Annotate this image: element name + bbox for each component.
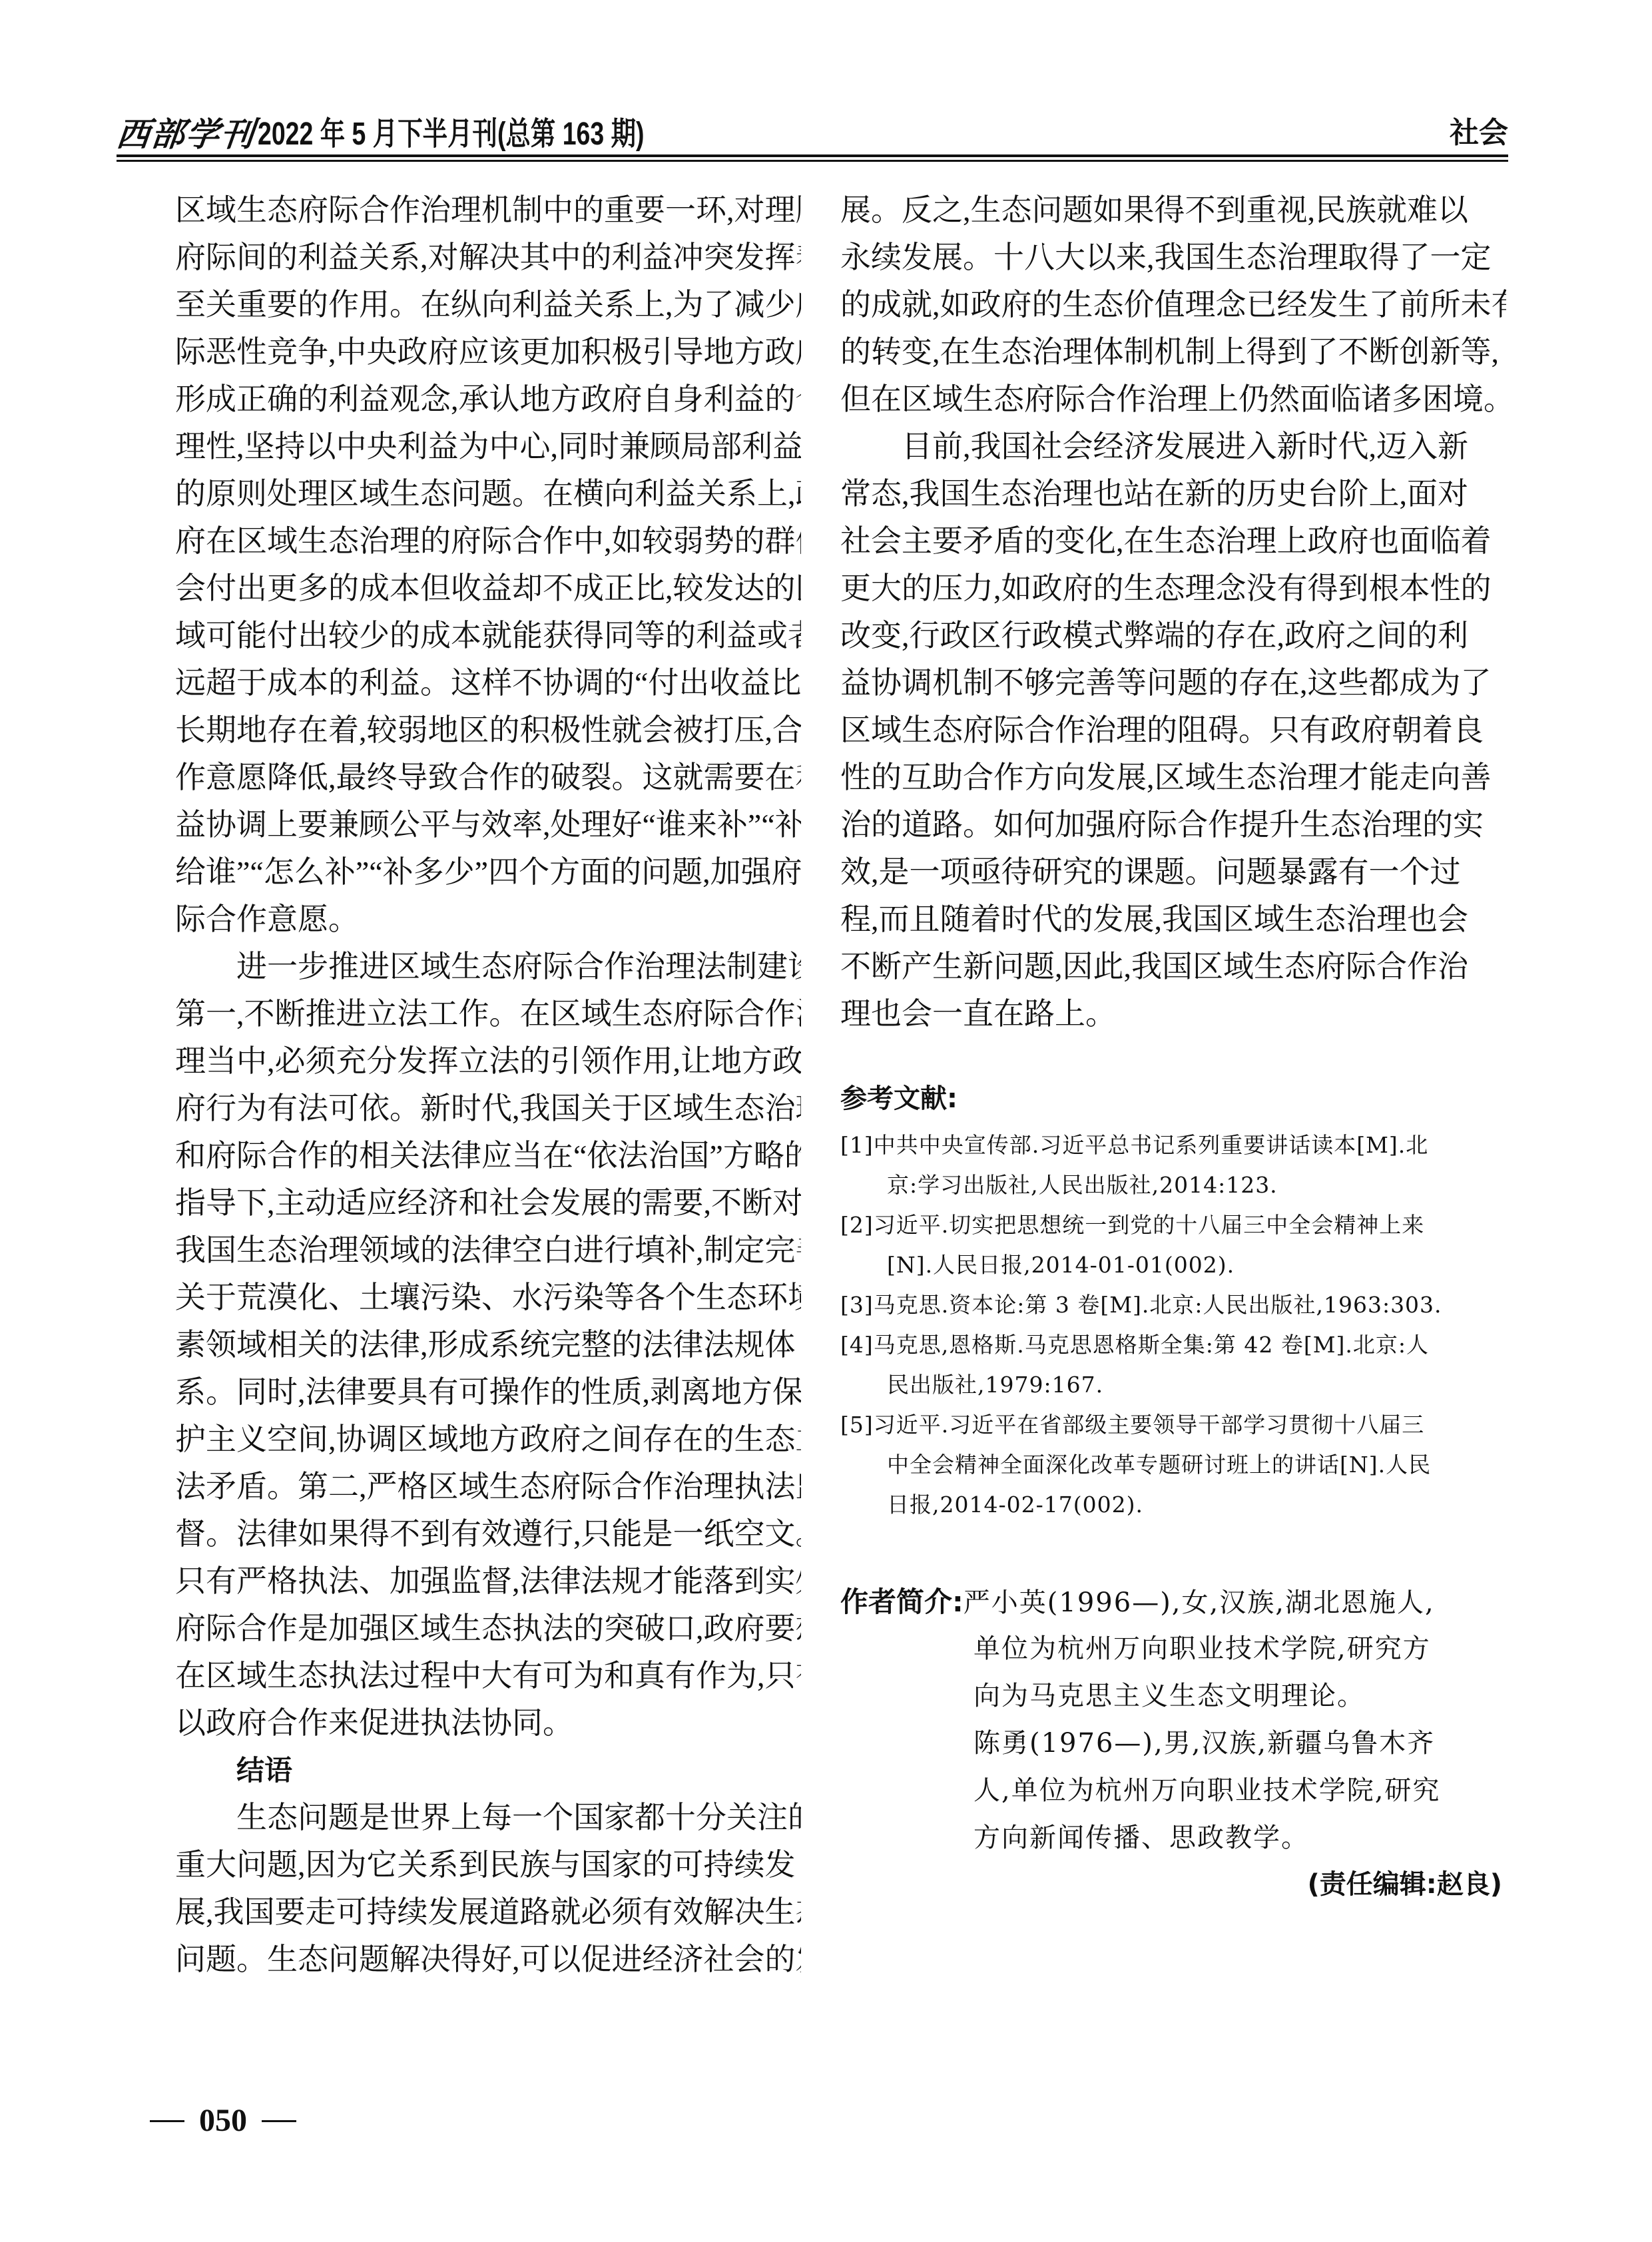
text-line: 的成就,如政府的生态价值理念已经发生了前所未有 <box>840 281 1506 328</box>
bio-line: 陈勇(1976—),男,汉族,新疆乌鲁木齐 <box>840 1720 1506 1767</box>
reference-item: [3]马克思.资本论:第 3 卷[M].北京:人民出版社,1963:303. <box>840 1285 1506 1325</box>
text-line: 远超于成本的利益。这样不协调的“付出收益比” <box>175 659 801 706</box>
text-line: 会付出更多的成本但收益却不成正比,较发达的区 <box>175 565 801 612</box>
text-line: 至关重要的作用。在纵向利益关系上,为了减少府 <box>175 281 801 328</box>
text-line: 改变,行政区行政模式弊端的存在,政府之间的利 <box>840 612 1506 659</box>
text-line: 府际合作是加强区域生态执法的突破口,政府要想 <box>175 1605 801 1652</box>
bio-line: 方向新闻传播、思政教学。 <box>840 1815 1506 1862</box>
text-line: 法矛盾。第二,严格区域生态府际合作治理执法监 <box>175 1463 801 1510</box>
references-title: 参考文献: <box>840 1079 958 1119</box>
text-line: 但在区域生态府际合作治理上仍然面临诸多困境。 <box>840 376 1506 423</box>
section-label: 社会 <box>1450 115 1508 152</box>
bio-line: 作者简介:严小英(1996—),女,汉族,湖北恩施人, <box>840 1578 1506 1625</box>
paragraph-start: 生态问题是世界上每一个国家都十分关注的 <box>175 1794 801 1841</box>
text-line: 督。法律如果得不到有效遵行,只能是一纸空文。 <box>175 1510 801 1557</box>
text-line: 的转变,在生态治理体制机制上得到了不断创新等, <box>840 328 1506 376</box>
text-line: 永续发展。十八大以来,我国生态治理取得了一定 <box>840 234 1506 281</box>
text-line: 社会主要矛盾的变化,在生态治理上政府也面临着 <box>840 517 1506 565</box>
text-line: 展,我国要走可持续发展道路就必须有效解决生态 <box>175 1888 801 1936</box>
text-line: 益协调机制不够完善等问题的存在,这些都成为了 <box>840 659 1506 706</box>
text-line: 更大的压力,如政府的生态理念没有得到根本性的 <box>840 565 1506 612</box>
text-line: 益协调上要兼顾公平与效率,处理好“谁来补”“补 <box>175 801 801 848</box>
text-line: 长期地存在着,较弱地区的积极性就会被打压,合 <box>175 706 801 754</box>
text-line: 在区域生态执法过程中大有可为和真有作为,只有 <box>175 1652 801 1699</box>
header-rule-thin <box>117 160 1508 162</box>
references-list: [1]中共中央宣传部.习近平总书记系列重要讲话读本[M].北 京:学习出版社,人… <box>840 1125 1506 1525</box>
reference-continuation: [N].人民日报,2014-01-01(002). <box>840 1245 1506 1285</box>
text-line: 作意愿降低,最终导致合作的破裂。这就需要在利 <box>175 754 801 801</box>
reference-continuation: 中全会精神全面深化改革专题研讨班上的讲话[N].人民 <box>840 1445 1506 1485</box>
paragraph-start: 目前,我国社会经济发展进入新时代,迈入新 <box>840 423 1506 470</box>
text-line: 治的道路。如何加强府际合作提升生态治理的实 <box>840 801 1506 848</box>
reference-continuation: 京:学习出版社,人民出版社,2014:123. <box>840 1165 1506 1205</box>
dash-left <box>150 2120 184 2122</box>
text-line: 府行为有法可依。新时代,我国关于区域生态治理 <box>175 1085 801 1132</box>
author-bio: 作者简介:严小英(1996—),女,汉族,湖北恩施人, 单位为杭州万向职业技术学… <box>840 1578 1506 1862</box>
header-rule-thick <box>117 154 1508 157</box>
text-line: 展。反之,生态问题如果得不到重视,民族就难以 <box>840 186 1506 234</box>
text-line: 问题。生态问题解决得好,可以促进经济社会的发 <box>175 1936 801 1983</box>
reference-item: [4]马克思,恩格斯.马克思恩格斯全集:第 42 卷[M].北京:人 <box>840 1325 1506 1365</box>
text-line: 理也会一直在路上。 <box>840 990 1506 1037</box>
bio-line: 单位为杭州万向职业技术学院,研究方 <box>840 1625 1506 1673</box>
text-line: 府在区域生态治理的府际合作中,如较弱势的群体 <box>175 517 801 565</box>
left-column: 区域生态府际合作治理机制中的重要一环,对理顺 府际间的利益关系,对解决其中的利益… <box>175 186 801 1983</box>
text-line: 指导下,主动适应经济和社会发展的需要,不断对 <box>175 1179 801 1227</box>
page-number-value: 050 <box>199 2101 247 2141</box>
text-line: 际恶性竞争,中央政府应该更加积极引导地方政府 <box>175 328 801 376</box>
reference-item: [5]习近平.习近平在省部级主要领导干部学习贯彻十八届三 <box>840 1405 1506 1445</box>
bio-line: 人,单位为杭州万向职业技术学院,研究 <box>840 1767 1506 1815</box>
text-line: 以政府合作来促进执法协同。 <box>175 1699 801 1747</box>
text-line: 我国生态治理领域的法律空白进行填补,制定完善 <box>175 1227 801 1274</box>
reference-continuation: 民出版社,1979:167. <box>840 1365 1506 1405</box>
text-line: 给谁”“怎么补”“补多少”四个方面的问题,加强府 <box>175 848 801 896</box>
text-line: 第一,不断推进立法工作。在区域生态府际合作治 <box>175 990 801 1037</box>
text-line: 不断产生新问题,因此,我国区域生态府际合作治 <box>840 943 1506 990</box>
text-line: 程,而且随着时代的发展,我国区域生态治理也会 <box>840 896 1506 943</box>
masthead: 西部学刊 2022 年 5 月下半月刊(总第 163 期) <box>117 112 753 154</box>
text-line: 和府际合作的相关法律应当在“依法治国”方略的 <box>175 1132 801 1179</box>
text-line: 的原则处理区域生态问题。在横向利益关系上,政 <box>175 470 801 517</box>
text-line: 效,是一项亟待研究的课题。问题暴露有一个过 <box>840 848 1506 896</box>
text-line: 域可能付出较少的成本就能获得同等的利益或者 <box>175 612 801 659</box>
text-line: 形成正确的利益观念,承认地方政府自身利益的合 <box>175 376 801 423</box>
text-line: 重大问题,因为它关系到民族与国家的可持续发 <box>175 1841 801 1888</box>
dash-right <box>262 2120 296 2122</box>
responsible-editor: (责任编辑:赵良) <box>1307 1864 1502 1904</box>
text-line: 关于荒漠化、土壤污染、水污染等各个生态环境要 <box>175 1274 801 1321</box>
author-bio-label: 作者简介: <box>840 1585 964 1618</box>
reference-item: [2]习近平.切实把思想统一到党的十八届三中全会精神上来 <box>840 1205 1506 1245</box>
text-line: 区域生态府际合作治理的阻碍。只有政府朝着良 <box>840 706 1506 754</box>
issue-info: 2022 年 5 月下半月刊(总第 163 期) <box>258 115 644 154</box>
right-column: 展。反之,生态问题如果得不到重视,民族就难以 永续发展。十八大以来,我国生态治理… <box>840 186 1506 1037</box>
text-line: 性的互助合作方向发展,区域生态治理才能走向善 <box>840 754 1506 801</box>
journal-logo: 西部学刊 <box>115 115 257 154</box>
text-line: 只有严格执法、加强监督,法律法规才能落到实处。 <box>175 1557 801 1605</box>
reference-continuation: 日报,2014-02-17(002). <box>840 1485 1506 1525</box>
paragraph-start: 进一步推进区域生态府际合作治理法制建设。 <box>175 943 801 990</box>
text-line: 区域生态府际合作治理机制中的重要一环,对理顺 <box>175 186 801 234</box>
bio-text: 严小英(1996—),女,汉族,湖北恩施人, <box>964 1587 1435 1618</box>
page-number: 050 <box>150 2101 296 2141</box>
page-header: 西部学刊 2022 年 5 月下半月刊(总第 163 期) 社会 <box>117 112 1508 165</box>
text-line: 府际间的利益关系,对解决其中的利益冲突发挥着 <box>175 234 801 281</box>
text-line: 素领域相关的法律,形成系统完整的法律法规体 <box>175 1321 801 1368</box>
text-line: 理当中,必须充分发挥立法的引领作用,让地方政 <box>175 1037 801 1085</box>
text-line: 常态,我国生态治理也站在新的历史台阶上,面对 <box>840 470 1506 517</box>
text-line: 际合作意愿。 <box>175 896 801 943</box>
section-heading-conclusion: 结语 <box>175 1747 801 1794</box>
text-line: 护主义空间,协调区域地方政府之间存在的生态立 <box>175 1416 801 1463</box>
reference-item: [1]中共中央宣传部.习近平总书记系列重要讲话读本[M].北 <box>840 1125 1506 1165</box>
text-line: 系。同时,法律要具有可操作的性质,剥离地方保 <box>175 1368 801 1416</box>
bio-line: 向为马克思主义生态文明理论。 <box>840 1673 1506 1720</box>
text-line: 理性,坚持以中央利益为中心,同时兼顾局部利益 <box>175 423 801 470</box>
